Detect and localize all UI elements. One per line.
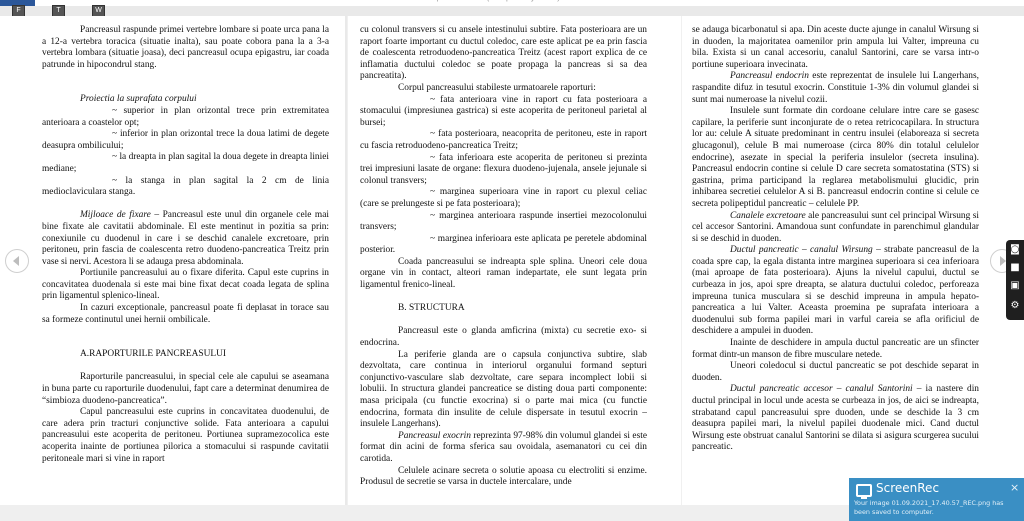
paragraph-text: ~ marginea superioara vine in raport cu …	[360, 187, 647, 209]
paragraph: cu colonul transvers si cu ansele intest…	[360, 25, 647, 83]
paragraph-text: ~ inferior in plan orizontal trece la do…	[42, 129, 329, 151]
toast-title: ScreenRec	[876, 481, 939, 495]
paragraph: In cazuri exceptionale, pancreasul poate…	[42, 303, 329, 326]
paragraph-spacer	[360, 315, 647, 327]
paragraph: Celulele acinare secreta o solutie apoas…	[360, 466, 647, 489]
paragraph: Uneori coledocul si ductul pancreatic se…	[692, 361, 979, 384]
paragraph: ~ fata inferioara este acoperita de peri…	[360, 153, 647, 188]
paragraph-spacer	[42, 361, 329, 373]
paragraph: Pancreasul este o glanda amficrina (mixt…	[360, 326, 647, 349]
paragraph: se adauga bicarbonatul si apa. Din acest…	[692, 25, 979, 71]
screenrec-toolbar: ◙ ■ ▣ ⚙	[1006, 240, 1024, 320]
paragraph: ~ fata posterioara, neacoprita de perito…	[360, 129, 647, 152]
paragraph-spacer	[42, 199, 329, 211]
screenrec-notification[interactable]: ScreenRec × Your image 01.09.2021_17.40.…	[849, 478, 1024, 521]
paragraph-spacer	[360, 292, 647, 304]
paragraph: ~ marginea superioara vine in raport cu …	[360, 187, 647, 210]
chevron-left-icon	[13, 256, 19, 266]
title-bar: Lucrare de diplomaLicenta (Compatibility…	[0, 0, 1024, 6]
paragraph: ~ marginea anterioara raspunde insertiei…	[360, 211, 647, 234]
document-page-2: cu colonul transvers si cu ansele intest…	[347, 16, 681, 505]
paragraph-text: Corpul pancreasului stabileste urmatoare…	[398, 83, 596, 93]
paragraph: Insulele sunt formate din cordoane celul…	[692, 106, 979, 210]
italic-lead: Ductul pancreatic – canalul Wirsung	[730, 245, 873, 255]
paragraph: ~ la stanga in plan sagital la 2 cm de l…	[42, 176, 329, 199]
paragraph: Raporturile pancreasului, in special cel…	[42, 372, 329, 407]
paragraph-text: La periferie glanda are o capsula conjun…	[360, 350, 647, 430]
paragraph-text: Celulele acinare secreta o solutie apoas…	[360, 466, 647, 488]
paragraph: ~ fata anterioara vine in raport cu fata…	[360, 95, 647, 130]
paragraph-text: ~ marginea inferioara este aplicata pe p…	[360, 234, 647, 256]
paragraph-text: – strabate pancreasul de la coada spre c…	[692, 245, 979, 336]
paragraph-spacer	[42, 326, 329, 349]
italic-lead: Ductul pancreatic accesor – canalul Sant…	[730, 384, 913, 394]
paragraph: Coada pancreasului se indreapta sple spl…	[360, 257, 647, 292]
paragraph: Canalele excretoare ale pancreasului sun…	[692, 211, 979, 246]
paragraph-text: Portiunile pancreasului au o fixare dife…	[42, 268, 329, 301]
paragraph-text: B. STRUCTURA	[398, 303, 465, 313]
paragraph-text: Insulele sunt formate din cordoane celul…	[692, 106, 979, 209]
paragraph: ~ marginea inferioara este aplicata pe p…	[360, 234, 647, 257]
document-page-3: se adauga bicarbonatul si apa. Din acest…	[681, 16, 1024, 505]
italic-lead: Pancreasul exocrin	[398, 431, 471, 441]
paragraph-text: ~ fata anterioara vine in raport cu fata…	[360, 95, 647, 128]
italic-lead: Mijloace de fixare	[80, 210, 151, 220]
previous-page-button[interactable]	[5, 249, 29, 273]
page-3-text: se adauga bicarbonatul si apa. Din acest…	[692, 25, 979, 454]
italic-lead: Canalele excretoare	[730, 211, 806, 221]
paragraph: Ductul pancreatic accesor – canalul Sant…	[692, 384, 979, 454]
paragraph-text: ~ fata posterioara, neacoprita de perito…	[360, 129, 647, 151]
italic-lead: Pancreasul endocrin	[730, 71, 809, 81]
video-icon[interactable]: ■	[1009, 262, 1021, 274]
paragraph-text: ~ marginea anterioara raspunde insertiei…	[360, 211, 647, 233]
monitor-icon	[856, 484, 872, 497]
page-1-text: Pancreasul raspunde primei vertebre lomb…	[42, 25, 329, 465]
toast-message: Your image 01.09.2021_17.40.57_REC.png h…	[854, 499, 1019, 517]
paragraph-text: ~ superior in plan orizontal trece prin …	[42, 106, 329, 128]
paragraph-text: ~ la dreapta in plan sagital la doua deg…	[42, 152, 329, 174]
italic-lead: Proiectia la suprafata corpului	[80, 94, 197, 104]
paragraph-text: se adauga bicarbonatul si apa. Din acest…	[692, 25, 979, 70]
paragraph: Pancreasul raspunde primei vertebre lomb…	[42, 25, 329, 71]
paragraph: ~ inferior in plan orizontal trece la do…	[42, 129, 329, 152]
section-heading: A.RAPORTURILE PANCREASULUI	[42, 349, 329, 361]
paragraph-text: Pancreasul este o glanda amficrina (mixt…	[360, 326, 647, 348]
paragraph-text: ~ fata inferioara este acoperita de peri…	[360, 153, 647, 186]
paragraph: ~ superior in plan orizontal trece prin …	[42, 106, 329, 129]
paragraph: Corpul pancreasului stabileste urmatoare…	[360, 83, 647, 95]
paragraph: Ductul pancreatic – canalul Wirsung – st…	[692, 245, 979, 338]
paragraph-text: Inainte de deschidere in ampula ductul p…	[692, 338, 979, 360]
paragraph-text: Coada pancreasului se indreapta sple spl…	[360, 257, 647, 290]
camera-icon[interactable]: ◙	[1009, 244, 1021, 256]
paragraph-text: A.RAPORTURILE PANCREASULUI	[80, 349, 226, 359]
paragraph-text: ~ la stanga in plan sagital la 2 cm de l…	[42, 176, 329, 198]
section-heading: B. STRUCTURA	[360, 303, 647, 315]
gallery-icon[interactable]: ▣	[1009, 280, 1021, 292]
document-page-1: Pancreasul raspunde primei vertebre lomb…	[0, 16, 345, 505]
paragraph: Pancreasul endocrin este reprezentat de …	[692, 71, 979, 106]
paragraph-text: Pancreasul raspunde primei vertebre lomb…	[42, 25, 329, 70]
paragraph: Mijloace de fixare – Pancreasul este unu…	[42, 210, 329, 268]
paragraph: Portiunile pancreasului au o fixare dife…	[42, 268, 329, 303]
paragraph: ~ la dreapta in plan sagital la doua deg…	[42, 152, 329, 175]
paragraph: Inainte de deschidere in ampula ductul p…	[692, 338, 979, 361]
paragraph-text: – ia nastere din ductul principal in loc…	[692, 384, 979, 452]
paragraph-text: Capul pancreasului este cuprins in conca…	[42, 407, 329, 463]
window-title: Lucrare de diplomaLicenta (Compatibility…	[390, 0, 586, 2]
paragraph: Pancreasul exocrin reprezinta 97-98% din…	[360, 431, 647, 466]
gear-icon[interactable]: ⚙	[1009, 300, 1021, 312]
paragraph: Capul pancreasului este cuprins in conca…	[42, 407, 329, 465]
paragraph-text: Raporturile pancreasului, in special cel…	[42, 372, 329, 405]
toast-close-button[interactable]: ×	[1010, 481, 1019, 494]
paragraph-text: In cazuri exceptionale, pancreasul poate…	[42, 303, 329, 325]
paragraph-spacer	[42, 71, 329, 94]
page-2-text: cu colonul transvers si cu ansele intest…	[360, 25, 647, 489]
paragraph-text: Uneori coledocul si ductul pancreatic se…	[692, 361, 979, 383]
paragraph: Proiectia la suprafata corpului	[42, 94, 329, 106]
paragraph: La periferie glanda are o capsula conjun…	[360, 350, 647, 431]
paragraph-text: cu colonul transvers si cu ansele intest…	[360, 25, 647, 81]
